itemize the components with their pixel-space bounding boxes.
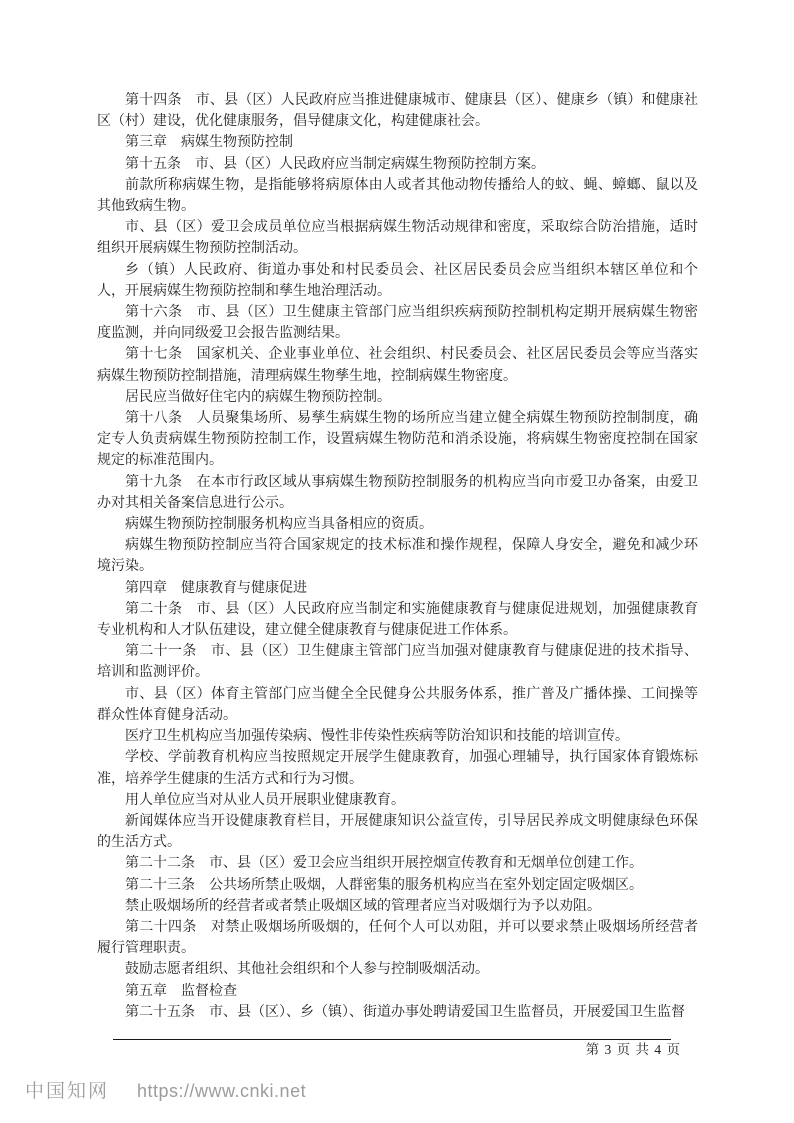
paragraph: 禁止吸烟场所的经营者或者禁止吸烟区域的管理者应当对吸烟行为予以劝阻。 — [97, 896, 698, 917]
paragraph: 病媒生物预防控制服务机构应当具备相应的资质。 — [97, 514, 698, 535]
paragraph: 学校、学前教育机构应当按照规定开展学生健康教育，加强心理辅导，执行国家体育锻炼标… — [97, 747, 698, 789]
cnki-watermark-url: https://www.cnki.net — [137, 1081, 306, 1102]
paragraph: 第二十一条 市、县（区）卫生健康主管部门应当加强对健康教育与健康促进的技术指导、… — [97, 641, 698, 683]
paragraph: 第十九条 在本市行政区域从事病媒生物预防控制服务的机构应当向市爱卫办备案，由爱卫… — [97, 472, 698, 514]
paragraph: 鼓励志愿者组织、其他社会组织和个人参与控制吸烟活动。 — [97, 959, 698, 980]
paragraph: 第二十五条 市、县（区）、乡（镇）、街道办事处聘请爱国卫生监督员，开展爱国卫生监… — [97, 1002, 698, 1023]
document-page: 第十四条 市、县（区）人民政府应当推进健康城市、健康县（区）、健康乡（镇）和健康… — [0, 0, 794, 1123]
paragraph: 市、县（区）爱卫会成员单位应当根据病媒生物活动规律和密度，采取综合防治措施，适时… — [97, 217, 698, 259]
paragraph: 第二十四条 对禁止吸烟场所吸烟的，任何个人可以劝阻，并可以要求禁止吸烟场所经营者… — [97, 917, 698, 959]
paragraph: 第五章 监督检查 — [97, 981, 698, 1002]
paragraph: 第二十条 市、县（区）人民政府应当制定和实施健康教育与健康促进规划，加强健康教育… — [97, 599, 698, 641]
paragraph: 乡（镇）人民政府、街道办事处和村民委员会、社区居民委员会应当组织本辖区单位和个人… — [97, 260, 698, 302]
paragraph: 居民应当做好住宅内的病媒生物预防控制。 — [97, 387, 698, 408]
paragraph: 第十七条 国家机关、企业事业单位、社会组织、村民委员会、社区居民委员会等应当落实… — [97, 344, 698, 386]
paragraph: 市、县（区）体育主管部门应当健全全民健身公共服务体系，推广普及广播体操、工间操等… — [97, 684, 698, 726]
paragraph: 第十八条 人员聚集场所、易孳生病媒生物的场所应当建立健全病媒生物预防控制制度，确… — [97, 408, 698, 472]
paragraph: 第十五条 市、县（区）人民政府应当制定病媒生物预防控制方案。 — [97, 154, 698, 175]
document-body: 第十四条 市、县（区）人民政府应当推进健康城市、健康县（区）、健康乡（镇）和健康… — [97, 90, 698, 1023]
paragraph: 第三章 病媒生物预防控制 — [97, 132, 698, 153]
watermark: 中国知网 https://www.cnki.net — [25, 1076, 306, 1103]
paragraph: 第四章 健康教育与健康促进 — [97, 578, 698, 599]
paragraph: 第二十二条 市、县（区）爱卫会应当组织开展控烟宣传教育和无烟单位创建工作。 — [97, 853, 698, 874]
page-number: 第 3 页 共 4 页 — [431, 1041, 681, 1059]
paragraph: 新闻媒体应当开设健康教育栏目，开展健康知识公益宣传，引导居民养成文明健康绿色环保… — [97, 811, 698, 853]
paragraph: 病媒生物预防控制应当符合国家规定的技术标准和操作规程，保障人身安全，避免和减少环… — [97, 535, 698, 577]
paragraph: 医疗卫生机构应当加强传染病、慢性非传染性疾病等防治知识和技能的培训宣传。 — [97, 726, 698, 747]
paragraph: 用人单位应当对从业人员开展职业健康教育。 — [97, 790, 698, 811]
paragraph: 第十四条 市、县（区）人民政府应当推进健康城市、健康县（区）、健康乡（镇）和健康… — [97, 90, 698, 132]
paragraph: 前款所称病媒生物，是指能够将病原体由人或者其他动物传播给人的蚊、蝇、蟑螂、鼠以及… — [97, 175, 698, 217]
paragraph: 第二十三条 公共场所禁止吸烟，人群密集的服务机构应当在室外划定固定吸烟区。 — [97, 875, 698, 896]
cnki-watermark-name: 中国知网 — [25, 1076, 109, 1103]
paragraph: 第十六条 市、县（区）卫生健康主管部门应当组织疾病预防控制机构定期开展病媒生物密… — [97, 302, 698, 344]
